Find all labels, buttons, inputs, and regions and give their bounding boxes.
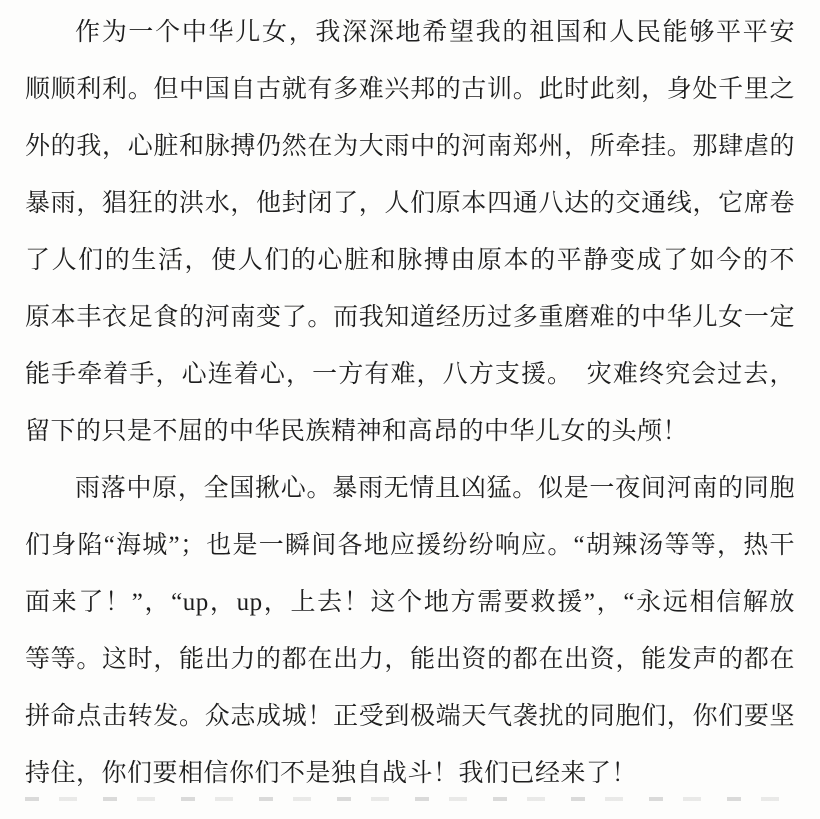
- text-line: 了人们的生活，使人们的心脏和脉搏由原本的平静变成了如今的不安。: [25, 232, 795, 289]
- text-line: 等等。这时，能出力的都在出力，能出资的都在出资，能发声的都在: [25, 631, 795, 688]
- text-line: 原本丰衣足食的河南变了。而我知道经历过多重磨难的中华儿女一定: [25, 289, 795, 346]
- text-line: 作为一个中华儿女，我深深地希望我的祖国和人民能够平平安安，: [25, 4, 795, 61]
- text-line: 暴雨，猖狂的洪水，他封闭了，人们原本四通八达的交通线，它席卷: [25, 175, 795, 232]
- text-line: 们身陷“海城”；也是一瞬间各地应援纷纷响应。“胡辣汤等等，热干: [25, 517, 795, 574]
- text-line: 外的我，心脏和脉搏仍然在为大雨中的河南郑州，所牵挂。那肆虐的: [25, 118, 795, 175]
- document-screenshot: { "page": { "background_color": "#fdfdfc…: [0, 0, 820, 819]
- paragraph-2: 雨落中原，全国揪心。暴雨无情且凶猛。似是一夜间河南的同胞 们身陷“海城”；也是一…: [25, 460, 795, 802]
- text-line: 拼命点击转发。众志成城！正受到极端天气袭扰的同胞们，你们要坚: [25, 688, 795, 745]
- document-page: 作为一个中华儿女，我深深地希望我的祖国和人民能够平平安安， 顺顺利利。但中国自古…: [25, 4, 795, 802]
- text-line: 持住，你们要相信你们不是独自战斗！我们已经来了！: [25, 745, 795, 802]
- paragraph-1: 作为一个中华儿女，我深深地希望我的祖国和人民能够平平安安， 顺顺利利。但中国自古…: [25, 4, 795, 460]
- text-line: 雨落中原，全国揪心。暴雨无情且凶猛。似是一夜间河南的同胞: [25, 460, 795, 517]
- text-line: 顺顺利利。但中国自古就有多难兴邦的古训。此时此刻，身处千里之: [25, 61, 795, 118]
- text-line: 留下的只是不屈的中华民族精神和高昂的中华儿女的头颅！: [25, 403, 795, 460]
- cropped-next-line-artifact: [25, 797, 795, 801]
- text-line: 能手牵着手，心连着心，一方有难，八方支援。 灾难终究会过去，: [25, 346, 795, 403]
- text-line: 面来了！”，“up，up，上去！这个地方需要救援”，“永远相信解放军！”: [25, 574, 795, 631]
